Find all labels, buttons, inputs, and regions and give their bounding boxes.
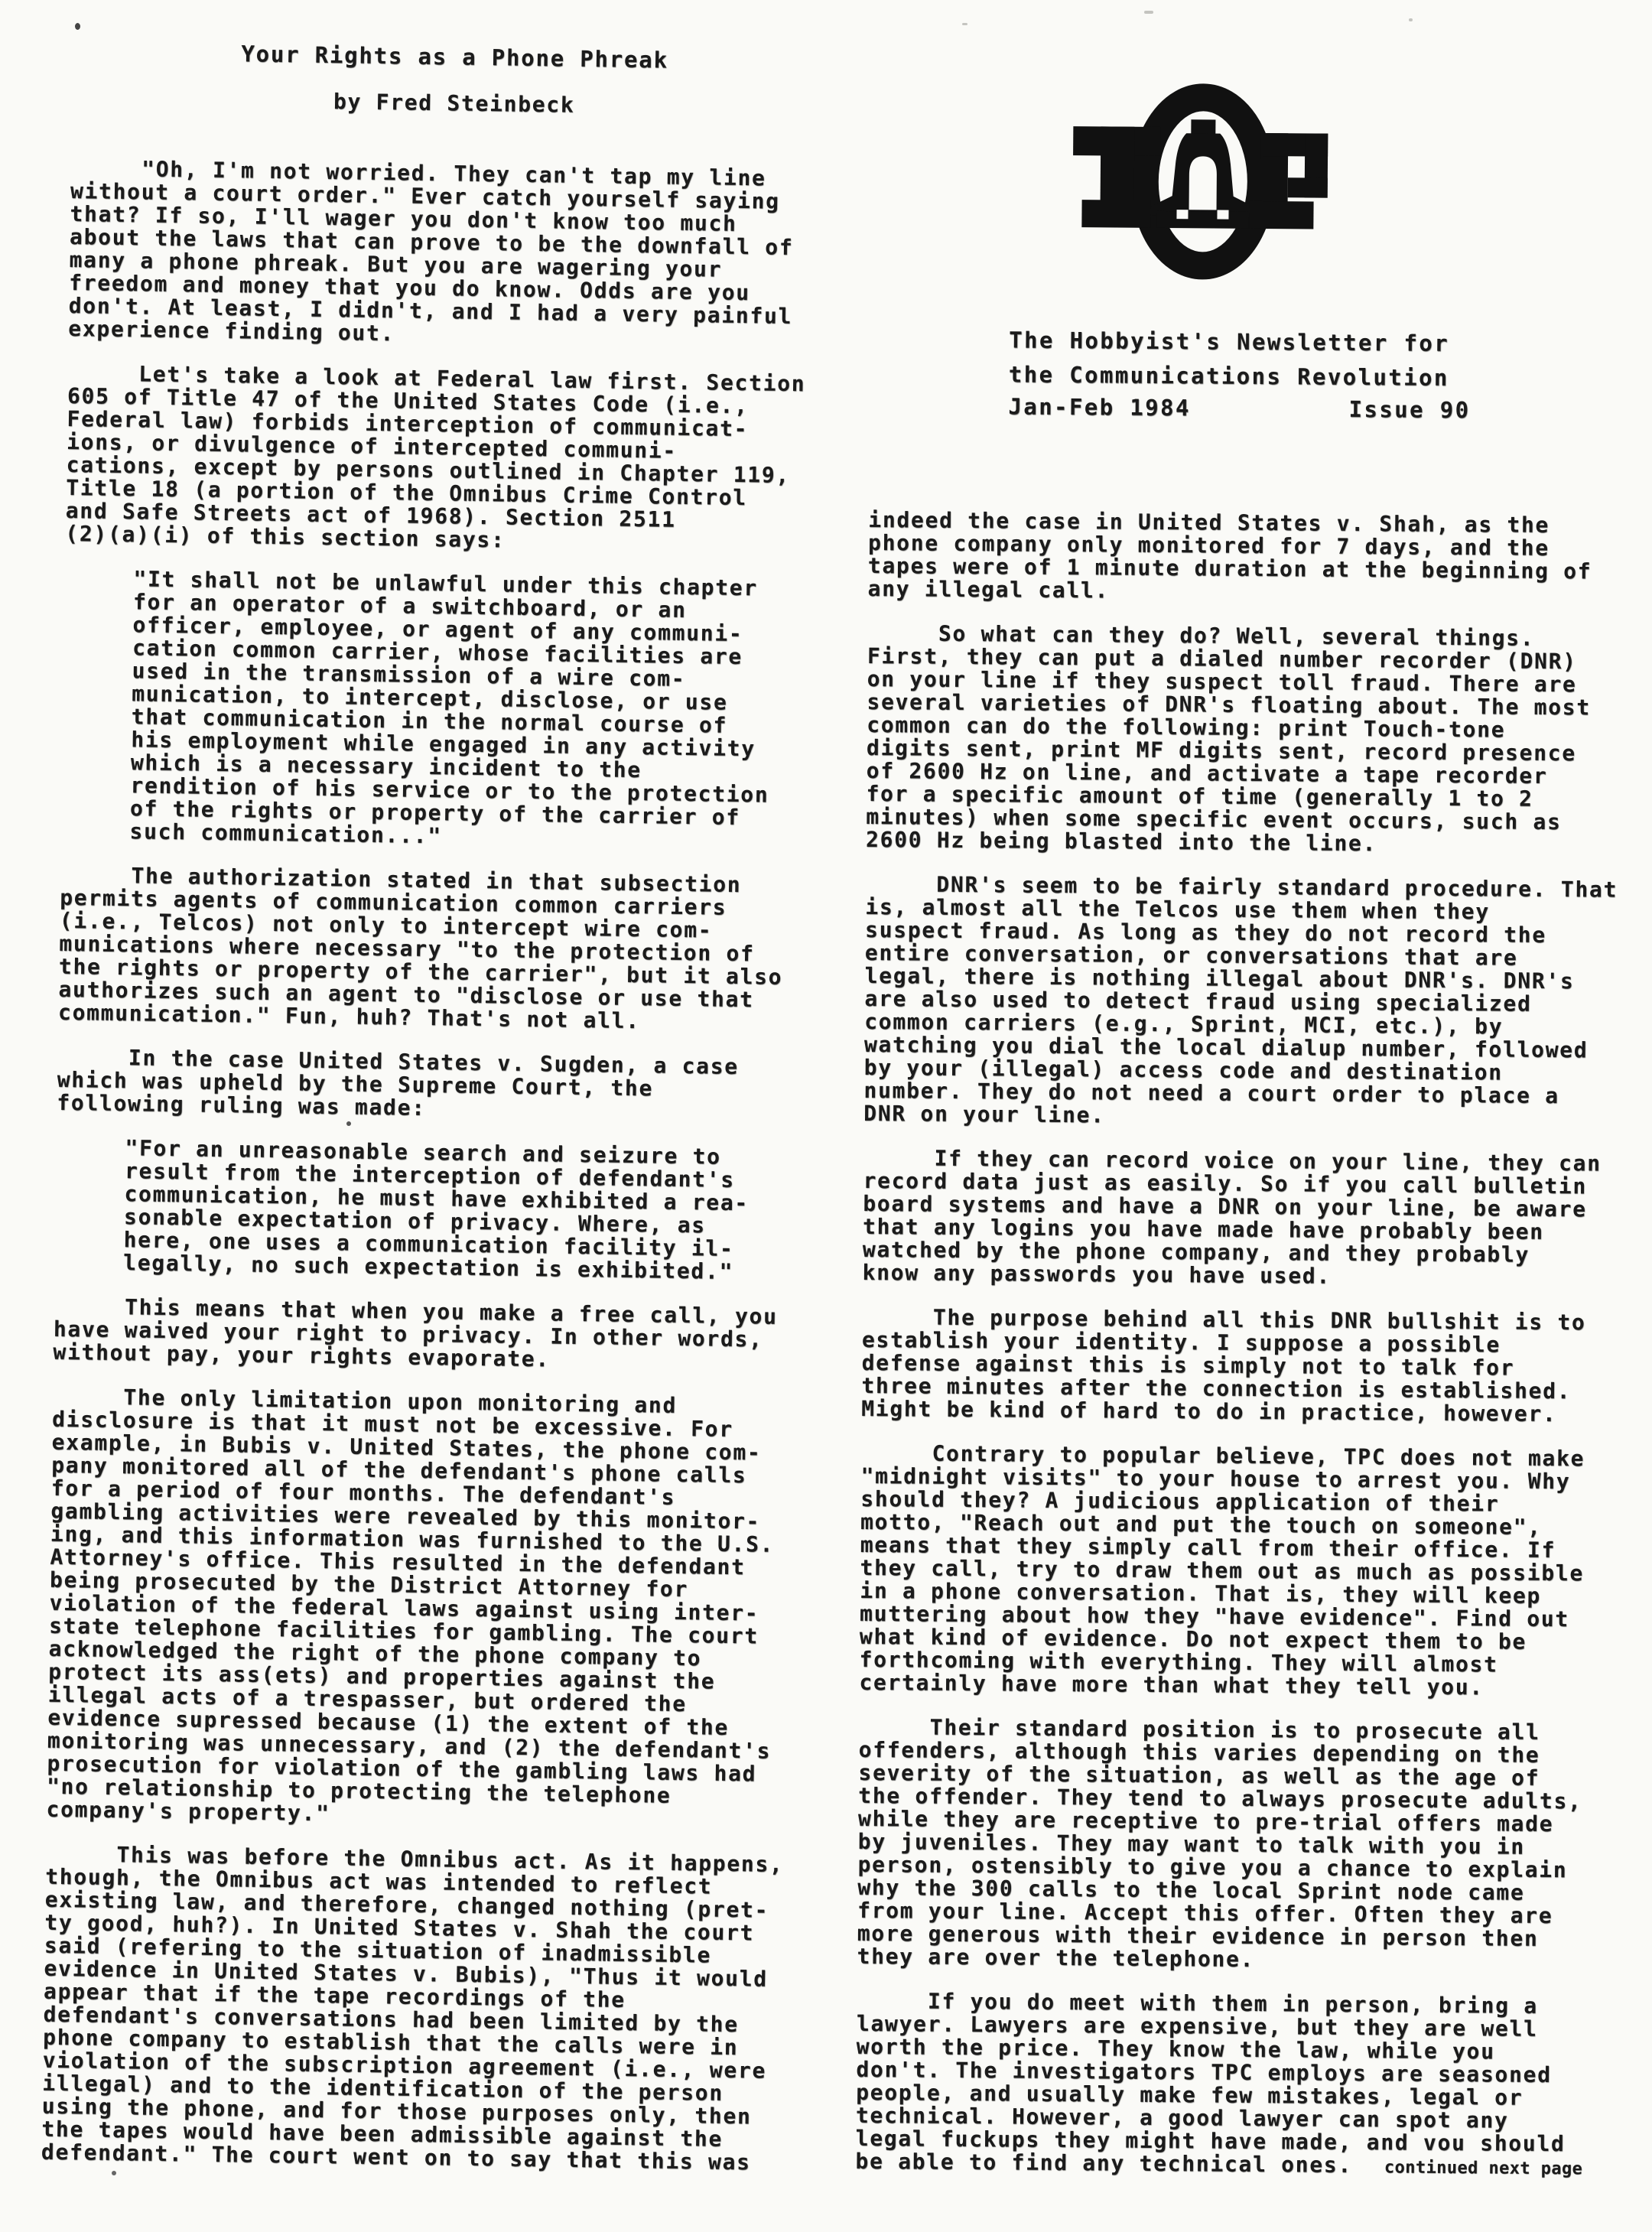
- scan-speck: [75, 23, 80, 30]
- paragraph: Let's take a look at Federal law first. …: [65, 362, 805, 556]
- article-right-column: The Hobbyist's Newsletter for the Commun…: [872, 65, 1648, 71]
- closing-paragraph: If you do meet with them in person, brin…: [855, 1990, 1608, 2182]
- paragraph: Their standard position is to prosecute …: [857, 1716, 1611, 1974]
- paragraph: The only limitation upon monitoring and …: [46, 1385, 790, 1832]
- article-left-column: Your Rights as a Phone Phreak by Fred St…: [73, 34, 845, 46]
- paragraph: So what can they do? Well, several thing…: [866, 622, 1620, 857]
- scan-speck: [962, 23, 967, 25]
- paragraph: In the case United States v. Sugden, a c…: [57, 1046, 795, 1125]
- paragraph: DNR's seem to be fairly standard procedu…: [863, 873, 1618, 1131]
- paragraph: indeed the case in United States v. Shah…: [868, 509, 1621, 607]
- paragraph: If they can record voice on your line, t…: [862, 1147, 1615, 1290]
- paragraph: Contrary to popular believe, TPC does no…: [859, 1442, 1613, 1700]
- continued-next-page-note: continued next page: [1384, 2158, 1582, 2178]
- issue-number: Issue 90: [1348, 396, 1470, 423]
- newsletter-tagline: The Hobbyist's Newsletter for the Commun…: [1009, 323, 1450, 395]
- issue-date: Jan-Feb 1984: [1008, 393, 1191, 421]
- paragraph-text: If you do meet with them in person, brin…: [855, 1988, 1565, 2178]
- paragraph: This means that when you make a free cal…: [53, 1295, 792, 1375]
- scanned-newsletter-page: { "page": { "title": "Your Rights as a P…: [0, 0, 1652, 2232]
- scan-speck: [112, 2171, 116, 2175]
- scan-speck: [1409, 18, 1413, 21]
- article-title: Your Rights as a Phone Phreak: [72, 38, 837, 76]
- paragraph: The purpose behind all this DNR bullshit…: [861, 1306, 1615, 1427]
- paragraph: "Oh, I'm not worried. They can't tap my …: [68, 157, 808, 351]
- masthead-dateline: Jan-Feb 1984 Issue 90: [1008, 393, 1470, 423]
- left-column-body: "Oh, I'm not worried. They can't tap my …: [41, 157, 808, 2196]
- tap-bell-logo-icon: [1071, 79, 1332, 288]
- right-column-body: indeed the case in United States v. Shah…: [855, 509, 1621, 2203]
- article-byline: by Fred Steinbeck: [72, 85, 837, 122]
- scan-speck: [1144, 11, 1153, 14]
- tap-logo: [1071, 79, 1332, 288]
- scan-speck: [346, 1121, 351, 1126]
- ruling-quote: "For an unreasonable search and seizure …: [123, 1137, 795, 1284]
- logo-letter-p: [1249, 133, 1328, 229]
- statute-quote: "It shall not be unlawful under this cha…: [129, 568, 802, 853]
- paragraph: The authorization stated in that subsect…: [58, 864, 798, 1035]
- paragraph: This was before the Omnibus act. As it h…: [41, 1843, 784, 2175]
